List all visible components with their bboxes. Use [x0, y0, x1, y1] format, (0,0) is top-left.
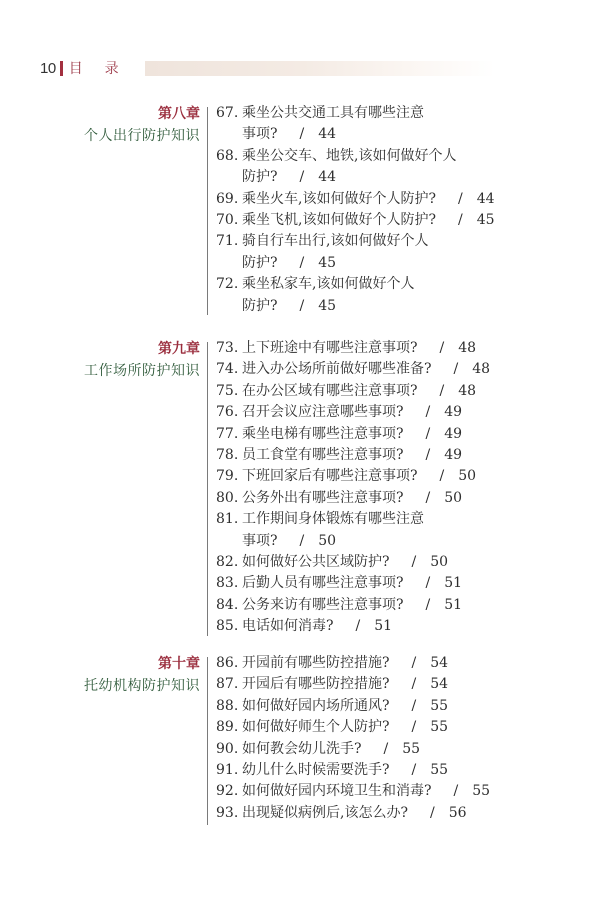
- entry-title-continued: 事项?: [242, 533, 278, 549]
- chapter-name: 托幼机构防护知识: [84, 675, 200, 697]
- entry-title: 乘坐公交车、地铁,该如何做好个人: [242, 148, 456, 164]
- toc-entry[interactable]: 82.如何做好公共区域防护?/50: [216, 552, 556, 573]
- entry-page-number: 49: [444, 404, 462, 420]
- toc-entry[interactable]: 73.上下班途中有哪些注意事项?/48: [216, 338, 556, 359]
- page-separator: /: [300, 255, 305, 271]
- entry-number: 92.: [216, 781, 242, 802]
- toc-entry[interactable]: 93.出现疑似病例后,该怎么办?/56: [216, 803, 556, 824]
- entry-title: 在办公区域有哪些注意事项?: [242, 383, 418, 399]
- entry-title: 电话如何消毒?: [242, 618, 334, 634]
- entry-number: 75.: [216, 381, 242, 402]
- chapter-name: 工作场所防护知识: [84, 360, 200, 382]
- toc-entry[interactable]: 75.在办公区域有哪些注意事项?/48: [216, 381, 556, 402]
- page-separator: /: [426, 490, 431, 506]
- toc-entry[interactable]: 89.如何做好师生个人防护?/55: [216, 717, 556, 738]
- entry-number: 90.: [216, 739, 242, 760]
- chapter-name: 个人出行防护知识: [84, 125, 200, 147]
- entry-number: 73.: [216, 338, 242, 359]
- page-separator: /: [426, 404, 431, 420]
- entry-number: 78.: [216, 445, 242, 466]
- toc-entry[interactable]: 88.如何做好园内场所通风?/55: [216, 696, 556, 717]
- entry-page-number: 50: [444, 490, 462, 506]
- chapter-number: 第八章: [84, 103, 200, 125]
- entry-number: 67.: [216, 103, 242, 124]
- entry-number: 89.: [216, 717, 242, 738]
- entry-page-number: 45: [477, 212, 495, 228]
- entry-number: 77.: [216, 424, 242, 445]
- toc-entry[interactable]: 84.公务来访有哪些注意事项?/51: [216, 595, 556, 616]
- toc-entry[interactable]: 67.乘坐公共交通工具有哪些注意事项?/44: [216, 103, 556, 146]
- entry-title-continued: 防护?: [242, 169, 278, 185]
- entry-page-number: 50: [430, 554, 448, 570]
- page-separator: /: [454, 783, 459, 799]
- entry-number: 84.: [216, 595, 242, 616]
- entry-title: 如何做好园内环境卫生和消毒?: [242, 783, 432, 799]
- entry-page-number: 49: [444, 426, 462, 442]
- page-separator: /: [454, 361, 459, 377]
- entry-title-continued: 防护?: [242, 298, 278, 314]
- entry-number: 71.: [216, 231, 242, 252]
- entry-page-number: 51: [374, 618, 392, 634]
- page-separator: /: [458, 191, 463, 207]
- entry-title: 乘坐电梯有哪些注意事项?: [242, 426, 404, 442]
- page-separator: /: [300, 169, 305, 185]
- entry-page-number: 51: [444, 597, 462, 613]
- toc-entry[interactable]: 87.开园后有哪些防控措施?/54: [216, 674, 556, 695]
- entry-title: 乘坐公共交通工具有哪些注意: [242, 105, 424, 121]
- entry-page-number: 44: [477, 191, 495, 207]
- page-separator: /: [426, 447, 431, 463]
- entry-number: 88.: [216, 696, 242, 717]
- page-separator: /: [356, 618, 361, 634]
- page-separator: /: [412, 554, 417, 570]
- entry-page-number: 50: [458, 468, 476, 484]
- entry-page-number: 51: [444, 575, 462, 591]
- toc-entry[interactable]: 77.乘坐电梯有哪些注意事项?/49: [216, 424, 556, 445]
- entry-title: 乘坐火车,该如何做好个人防护?: [242, 191, 436, 207]
- toc-entry[interactable]: 72.乘坐私家车,该如何做好个人防护?/45: [216, 274, 556, 317]
- toc-entry[interactable]: 78.员工食堂有哪些注意事项?/49: [216, 445, 556, 466]
- entry-title: 开园后有哪些防控措施?: [242, 676, 390, 692]
- toc-entry[interactable]: 71.骑自行车出行,该如何做好个人防护?/45: [216, 231, 556, 274]
- toc-list: 73.上下班途中有哪些注意事项?/4874.进入办公场所前做好哪些准备?/487…: [216, 338, 556, 638]
- entry-title: 如何做好师生个人防护?: [242, 719, 390, 735]
- entry-number: 79.: [216, 466, 242, 487]
- toc-entry[interactable]: 79.下班回家后有哪些注意事项?/50: [216, 466, 556, 487]
- entry-page-number: 55: [430, 719, 448, 735]
- chapter-label: 第八章 个人出行防护知识: [84, 103, 200, 147]
- page-separator: /: [440, 340, 445, 356]
- entry-title: 工作期间身体锻炼有哪些注意: [242, 511, 424, 527]
- toc-entry[interactable]: 90.如何教会幼儿洗手?/55: [216, 739, 556, 760]
- page-header: 10 目录: [40, 58, 141, 78]
- entry-page-number: 48: [458, 383, 476, 399]
- entry-title: 如何教会幼儿洗手?: [242, 741, 362, 757]
- entry-page-number: 45: [318, 298, 336, 314]
- toc-entry[interactable]: 86.开园前有哪些防控措施?/54: [216, 653, 556, 674]
- page-separator: /: [440, 383, 445, 399]
- entry-number: 85.: [216, 616, 242, 637]
- chapter-label: 第九章 工作场所防护知识: [84, 338, 200, 382]
- entry-page-number: 56: [449, 805, 467, 821]
- entry-page-number: 55: [430, 698, 448, 714]
- entry-page-number: 54: [430, 655, 448, 671]
- toc-entry[interactable]: 81.工作期间身体锻炼有哪些注意事项?/50: [216, 509, 556, 552]
- page-separator: /: [412, 762, 417, 778]
- entry-title: 乘坐私家车,该如何做好个人: [242, 276, 414, 292]
- entry-page-number: 48: [458, 340, 476, 356]
- entry-title: 下班回家后有哪些注意事项?: [242, 468, 418, 484]
- toc-entry[interactable]: 91.幼儿什么时候需要洗手?/55: [216, 760, 556, 781]
- entry-title: 幼儿什么时候需要洗手?: [242, 762, 390, 778]
- toc-entry[interactable]: 92.如何做好园内环境卫生和消毒?/55: [216, 781, 556, 802]
- chapter-divider-line: [207, 657, 208, 825]
- entry-title-continued: 事项?: [242, 126, 278, 142]
- page-separator: /: [412, 719, 417, 735]
- chapter-label: 第十章 托幼机构防护知识: [84, 653, 200, 697]
- entry-number: 81.: [216, 509, 242, 530]
- page-separator: /: [430, 805, 435, 821]
- chapter-number: 第九章: [84, 338, 200, 360]
- page-separator: /: [426, 575, 431, 591]
- toc-entry[interactable]: 83.后勤人员有哪些注意事项?/51: [216, 573, 556, 594]
- entry-title: 出现疑似病例后,该怎么办?: [242, 805, 408, 821]
- entry-title: 召开会议应注意哪些事项?: [242, 404, 404, 420]
- toc-entry[interactable]: 69.乘坐火车,该如何做好个人防护?/44: [216, 189, 556, 210]
- entry-page-number: 54: [430, 676, 448, 692]
- entry-number: 68.: [216, 146, 242, 167]
- entry-number: 76.: [216, 402, 242, 423]
- entry-number: 82.: [216, 552, 242, 573]
- entry-number: 69.: [216, 189, 242, 210]
- entry-page-number: 55: [430, 762, 448, 778]
- toc-entry[interactable]: 68.乘坐公交车、地铁,该如何做好个人防护?/44: [216, 146, 556, 189]
- entry-page-number: 50: [318, 533, 336, 549]
- toc-entry[interactable]: 74.进入办公场所前做好哪些准备?/48: [216, 359, 556, 380]
- chapter-divider-line: [207, 107, 208, 315]
- entry-title: 上下班途中有哪些注意事项?: [242, 340, 418, 356]
- header-decorative-band: [145, 61, 495, 76]
- toc-list: 67.乘坐公共交通工具有哪些注意事项?/4468.乘坐公交车、地铁,该如何做好个…: [216, 103, 556, 317]
- entry-title: 员工食堂有哪些注意事项?: [242, 447, 404, 463]
- header-divider: [60, 61, 63, 76]
- entry-page-number: 55: [472, 783, 490, 799]
- entry-title: 公务来访有哪些注意事项?: [242, 597, 404, 613]
- page-separator: /: [440, 468, 445, 484]
- toc-entry[interactable]: 76.召开会议应注意哪些事项?/49: [216, 402, 556, 423]
- page-separator: /: [384, 741, 389, 757]
- toc-entry[interactable]: 85.电话如何消毒?/51: [216, 616, 556, 637]
- page-number: 10: [40, 60, 56, 77]
- entry-page-number: 48: [472, 361, 490, 377]
- entry-number: 74.: [216, 359, 242, 380]
- page-separator: /: [300, 298, 305, 314]
- entry-number: 80.: [216, 488, 242, 509]
- page-separator: /: [412, 698, 417, 714]
- entry-title: 后勤人员有哪些注意事项?: [242, 575, 404, 591]
- entry-title: 开园前有哪些防控措施?: [242, 655, 390, 671]
- page-separator: /: [300, 533, 305, 549]
- page-separator: /: [426, 597, 431, 613]
- entry-page-number: 44: [318, 169, 336, 185]
- entry-title: 如何做好园内场所通风?: [242, 698, 390, 714]
- entry-title-continued: 防护?: [242, 255, 278, 271]
- chapter-number: 第十章: [84, 653, 200, 675]
- entry-number: 93.: [216, 803, 242, 824]
- page-separator: /: [300, 126, 305, 142]
- entry-number: 70.: [216, 210, 242, 231]
- entry-number: 83.: [216, 573, 242, 594]
- page-separator: /: [458, 212, 463, 228]
- page-title: 目录: [69, 58, 141, 78]
- entry-title: 如何做好公共区域防护?: [242, 554, 390, 570]
- page-separator: /: [412, 676, 417, 692]
- entry-page-number: 44: [318, 126, 336, 142]
- toc-entry[interactable]: 70.乘坐飞机,该如何做好个人防护?/45: [216, 210, 556, 231]
- entry-title: 骑自行车出行,该如何做好个人: [242, 233, 428, 249]
- entry-page-number: 55: [402, 741, 420, 757]
- entry-title: 公务外出有哪些注意事项?: [242, 490, 404, 506]
- entry-number: 86.: [216, 653, 242, 674]
- chapter-divider-line: [207, 342, 208, 636]
- page-separator: /: [412, 655, 417, 671]
- entry-number: 87.: [216, 674, 242, 695]
- entry-page-number: 45: [318, 255, 336, 271]
- entry-number: 91.: [216, 760, 242, 781]
- entry-title: 进入办公场所前做好哪些准备?: [242, 361, 432, 377]
- toc-list: 86.开园前有哪些防控措施?/5487.开园后有哪些防控措施?/5488.如何做…: [216, 653, 556, 824]
- entry-page-number: 49: [444, 447, 462, 463]
- page-separator: /: [426, 426, 431, 442]
- entry-number: 72.: [216, 274, 242, 295]
- entry-title: 乘坐飞机,该如何做好个人防护?: [242, 212, 436, 228]
- toc-entry[interactable]: 80.公务外出有哪些注意事项?/50: [216, 488, 556, 509]
